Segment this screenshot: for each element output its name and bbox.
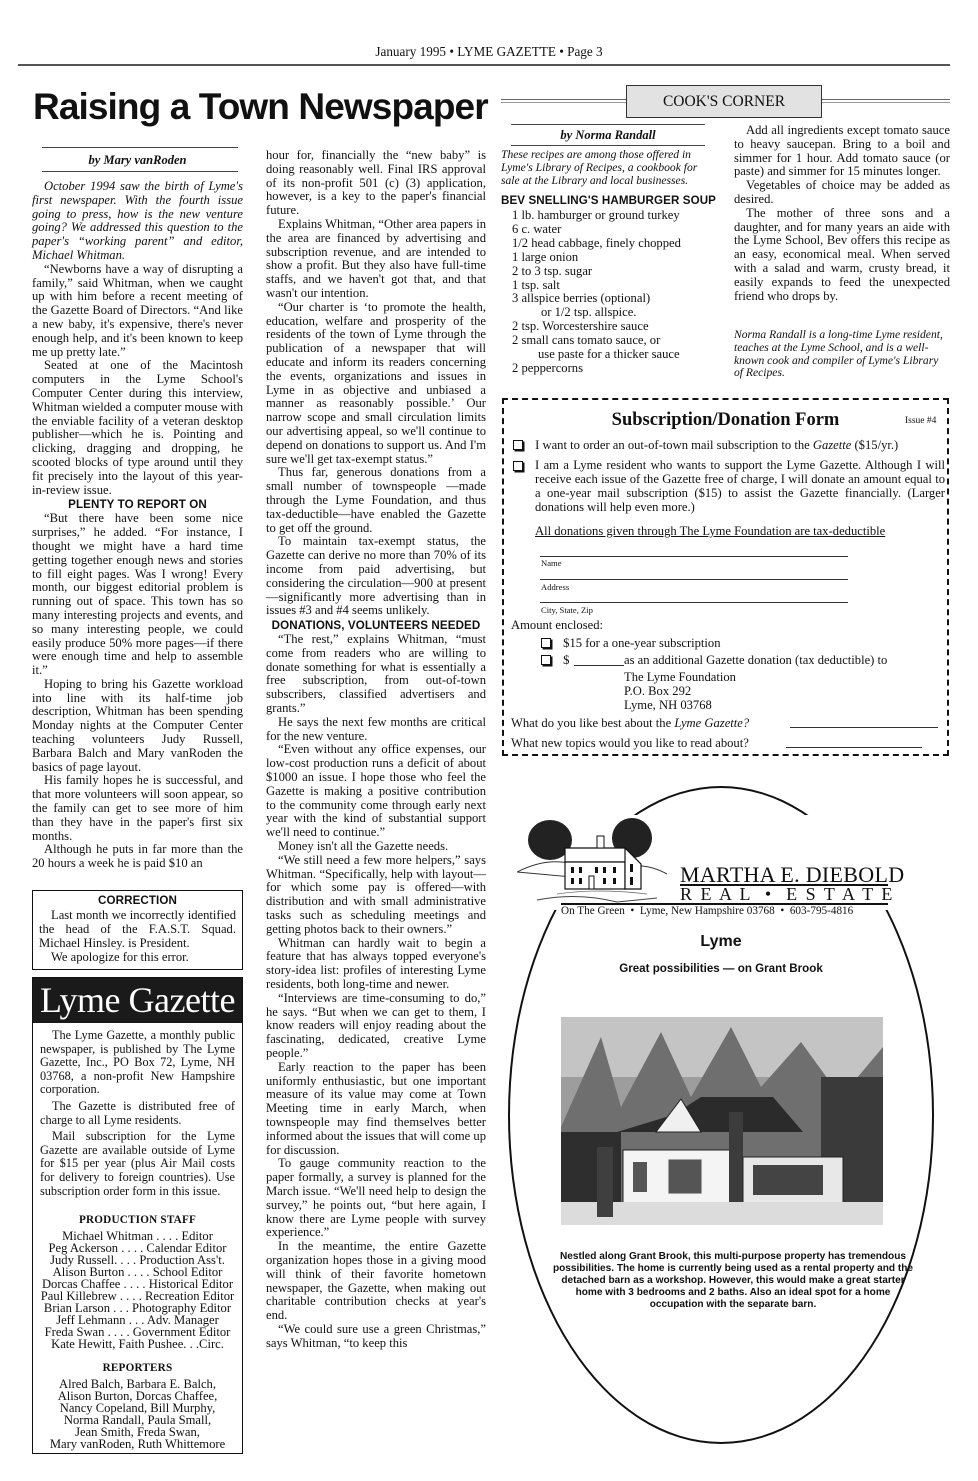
paragraph: Early reaction to the paper has been uni… [266, 1061, 486, 1158]
paragraph: “Newborns have a way of disrupting a fam… [32, 263, 243, 360]
article-column-2: hour for, financially the “new baby” is … [266, 149, 486, 1351]
address-line-1: The Lyme Foundation [624, 670, 736, 684]
correction-apology: We apologize for this error. [39, 950, 236, 964]
ingredient: 1/2 head cabbage, finely chopped [512, 237, 722, 251]
address-line-2: P.O. Box 292 [624, 684, 736, 698]
paragraph: Explains Whitman, “Other area papers in … [266, 218, 486, 301]
paragraph: hour for, financially the “new baby” is … [266, 149, 486, 218]
recipe-title: BEV SNELLING'S HAMBURGER SOUP [501, 193, 716, 208]
author-note: Norma Randall is a long-time Lyme reside… [734, 329, 950, 380]
paragraph: “We still need a few more helpers,” says… [266, 854, 486, 937]
paragraph: His family hopes he is successful, and t… [32, 774, 243, 843]
masthead-paragraph: Mail subscription for the Lyme Gazette a… [40, 1130, 235, 1198]
amount-option-subscription[interactable]: $15 for a one-year subscription [541, 636, 721, 650]
recipe-directions: Add all ingredients except tomato sauce … [734, 124, 950, 303]
ingredient: 3 allspice berries (optional) [512, 292, 722, 306]
paragraph: “We could sure use a green Christmas,” s… [266, 1323, 486, 1351]
reporters-list: Alred Balch, Barbara E. Balch, Alison Bu… [33, 1378, 242, 1450]
direction-paragraph: The mother of three sons and a daughter,… [734, 207, 950, 304]
ad-headline: Great possibilities — on Grant Brook [508, 962, 934, 975]
paragraph: Although he puts in far more than the 20… [32, 843, 243, 871]
cooks-intro: These recipes are among those offered in… [501, 149, 716, 187]
paragraph: Money isn't all the Gazette needs. [266, 840, 486, 854]
option-text: I want to order an out-of-town mail subs… [535, 438, 813, 452]
ingredient-list: 1 lb. hamburger or ground turkey 6 c. wa… [512, 209, 722, 376]
staff-entry: Kate Hewitt, Faith Pushee. . .Circ. [33, 1338, 242, 1350]
ingredient: 2 to 3 tsp. sugar [512, 265, 722, 279]
cook-byline-rule-top [511, 124, 705, 125]
paragraph: Hoping to bring his Gazette workload int… [32, 678, 243, 775]
ingredient: 2 tsp. Worcestershire sauce [512, 320, 722, 334]
masthead-box: Lyme Gazette The Lyme Gazette, a monthly… [32, 977, 243, 1454]
ingredient: 1 lb. hamburger or ground turkey [512, 209, 722, 223]
ingredient: 1 tsp. salt [512, 279, 722, 293]
ingredient: 1 large onion [512, 251, 722, 265]
ingredient: use paste for a thicker sauce [512, 348, 722, 362]
paragraph: “Our charter is ‘to promote the health, … [266, 301, 486, 467]
byline-rule-bottom [42, 171, 238, 172]
name-line[interactable] [540, 556, 848, 557]
donation-text: as an additional Gazette donation (tax d… [624, 653, 887, 667]
new-topics-answer-line[interactable] [786, 747, 922, 748]
option-text-italic: Gazette [813, 438, 851, 452]
reporter-line: Mary vanRoden, Ruth Whittemore [33, 1438, 242, 1450]
address-label: Address [541, 582, 569, 592]
checkbox-resident-donation[interactable] [513, 461, 523, 471]
ingredient: or 1/2 tsp. allspice. [512, 306, 722, 320]
paragraph: “Even without any office expenses, our l… [266, 743, 486, 840]
like-best-answer-line[interactable] [790, 727, 938, 728]
form-issue-label: Issue #4 [905, 416, 936, 426]
correction-box: CORRECTION Last month we incorrectly ide… [32, 890, 243, 970]
house-photo-icon [561, 1017, 883, 1225]
tax-deductible-note: All donations given through The Lyme Fou… [535, 524, 885, 538]
paragraph: Seated at one of the Macintosh computers… [32, 359, 243, 497]
amount-enclosed-label: Amount enclosed: [511, 618, 603, 632]
ad-description: Nestled along Grant Brook, this multi-pu… [548, 1251, 918, 1311]
question-like-best: What do you like best about the Lyme Gaz… [511, 716, 749, 730]
option-text: ($15/yr.) [851, 438, 898, 452]
address-line-3: Lyme, NH 03768 [624, 698, 736, 712]
production-staff-list: Michael Whitman . . . . Editor Peg Acker… [33, 1230, 242, 1350]
address-line[interactable] [540, 579, 848, 580]
article-intro: October 1994 saw the birth of Lyme's fir… [32, 180, 243, 263]
header-rule [18, 64, 950, 66]
correction-title: CORRECTION [39, 894, 236, 908]
dollar-sign: $ [563, 653, 569, 667]
paragraph: “But there have been some nice surprises… [32, 512, 243, 678]
article-column-1: October 1994 saw the birth of Lyme's fir… [32, 180, 243, 871]
foundation-address: The Lyme Foundation P.O. Box 292 Lyme, N… [624, 670, 736, 712]
question-text-italic: Lyme Gazette? [674, 716, 749, 730]
article-byline: by Mary vanRoden [32, 153, 243, 168]
subhead-donations-volunteers: DONATIONS, VOLUNTEERS NEEDED [266, 618, 486, 633]
production-staff-heading: PRODUCTION STAFF [33, 1214, 242, 1226]
house-photo [561, 1017, 883, 1225]
banner-rule-right [822, 99, 950, 103]
city-state-zip-label: City, State, Zip [541, 605, 593, 615]
form-title: Subscription/Donation Form [502, 410, 949, 431]
paragraph: “Interviews are time-consuming to do,” h… [266, 992, 486, 1061]
paragraph: Thus far, generous donations from a smal… [266, 466, 486, 535]
ingredient: 2 small cans tomato sauce, or [512, 334, 722, 348]
checkbox-additional-donation[interactable] [541, 655, 551, 665]
paragraph: To gauge community reaction to the paper… [266, 1157, 486, 1240]
paragraph: In the meantime, the entire Gazette orga… [266, 1240, 486, 1323]
ingredient: 2 peppercorns [512, 362, 722, 376]
byline-rule-top [42, 147, 238, 148]
ad-town: Lyme [508, 933, 934, 951]
paragraph: He says the next few months are critical… [266, 716, 486, 744]
correction-text: Last month we incorrectly identified the… [39, 908, 236, 950]
ad-tagline: R E A L • E S T A T E [680, 884, 894, 905]
masthead-paragraph: The Gazette is distributed free of charg… [40, 1100, 235, 1127]
direction-paragraph: Add all ingredients except tomato sauce … [734, 124, 950, 179]
running-head: January 1995 • LYME GAZETTE • Page 3 [0, 44, 978, 60]
question-text: What do you like best about the [511, 716, 674, 730]
amount-option-text: $15 for a one-year subscription [563, 636, 720, 650]
donation-amount-line[interactable] [574, 665, 624, 666]
amount-option-donation[interactable]: $ [541, 653, 569, 667]
masthead-title: Lyme Gazette [33, 978, 242, 1023]
checkbox-mail-subscription[interactable] [513, 440, 523, 450]
cook-byline-rule-bottom [511, 145, 705, 146]
masthead-paragraph: The Lyme Gazette, a monthly public newsp… [40, 1029, 235, 1097]
paragraph: To maintain tax-exempt status, the Gazet… [266, 535, 486, 618]
paragraph: Whitman can hardly wait to begin a featu… [266, 937, 486, 992]
cooks-byline: by Norma Randall [502, 128, 714, 143]
subhead-plenty-to-report: PLENTY TO REPORT ON [32, 497, 243, 512]
question-new-topics: What new topics would you like to read a… [511, 736, 749, 750]
ad-address: On The Green • Lyme, New Hampshire 03768… [561, 905, 853, 917]
resident-donation-text: I am a Lyme resident who wants to suppor… [535, 458, 945, 514]
form-option-mail-subscription[interactable]: I want to order an out-of-town mail subs… [513, 438, 945, 452]
direction-paragraph: Vegetables of choice may be added as des… [734, 179, 950, 207]
house-logo-icon [517, 812, 667, 907]
banner-rule-left [501, 99, 626, 103]
form-option-resident-donation[interactable] [513, 459, 523, 473]
checkbox-15-subscription[interactable] [541, 638, 551, 648]
cooks-corner-banner: COOK'S CORNER [626, 85, 822, 118]
name-label: Name [541, 558, 562, 568]
city-state-zip-line[interactable] [540, 602, 848, 603]
article-headline: Raising a Town Newspaper [33, 86, 488, 128]
ingredient: 6 c. water [512, 223, 722, 237]
paragraph: “The rest,” explains Whitman, “must come… [266, 633, 486, 716]
reporters-heading: REPORTERS [33, 1362, 242, 1374]
